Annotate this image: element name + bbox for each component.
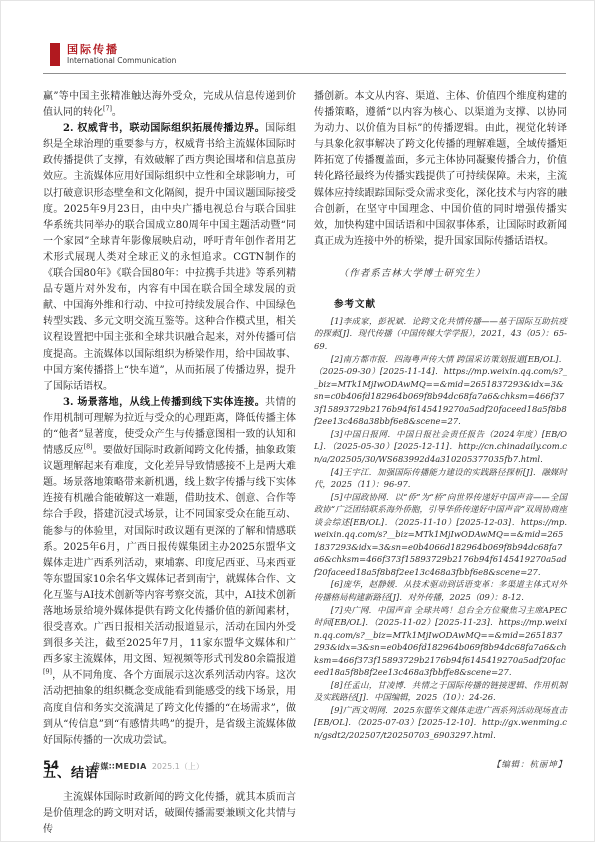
right-column: 播创新。本文从内容、渠道、主体、价值四个维度构建的传播策略，遵循“以内容为核心、…: [314, 89, 567, 838]
section-title-en: International Communication: [67, 56, 176, 65]
reference-item: [2]南方都市报．四海粤声传大情 跨国采访策划报道[EB/OL]．（2025-0…: [314, 353, 567, 428]
reference-item: [8]任孟山，甘凌博．共情之于国际传播的链接逻辑、作用机制及实践路径[J]．中国…: [314, 679, 567, 704]
paragraph-lead: 2. 权威背书，联动国际组织拓展传播边界。: [63, 123, 265, 134]
page-number: 54: [43, 758, 59, 772]
paragraph-point-2: 2. 权威背书，联动国际组织拓展传播边界。国际组织是全球治理的重要参与方，权威背…: [43, 121, 296, 395]
citation-superscript: [8]: [84, 444, 93, 451]
article-body: 赢”等中国主张精准触达海外受众，完成从信息传递到价值认同的转化[7]。 2. 权…: [43, 89, 567, 838]
reference-item: [1]李成家，彭祝斌．论跨文化共情传播——基于国际互助抗疫的探索[J]．现代传播…: [314, 315, 567, 353]
section-accent-bar: [50, 43, 60, 66]
paragraph-text: 。: [112, 107, 122, 118]
page-footer: 54 传媒∷MEDIA 2025.1（上）: [43, 758, 566, 772]
paragraph-text: ，从不同角度、各个方面展示这次系列活动内容。这次活动把抽象的组织概念变成能看到能…: [43, 670, 296, 745]
reference-item: [4]王宇江．加强国际传播能力建设的实践路径探析[J]．融媒时代，2025（11…: [314, 466, 567, 491]
conclusion-paragraph: 主流媒体国际时政新闻的跨文化传播，就其本质而言是价值理念的跨文明对话，破圈传播需…: [43, 790, 296, 838]
reference-item: [3]中国日报网．中国日报社会责任报告（2024年度）[EB/OL]．（2025…: [314, 428, 567, 466]
citation-superscript: [9]: [43, 669, 52, 676]
reference-item: [9]广西文明网．2025东盟华文媒体走进广西系列活动现场直击[EB/OL]．（…: [314, 704, 567, 742]
paragraph-text: 国际组织是全球治理的重要参与方，权威背书给主流媒体国际时政传播提供了支撑，有效破…: [43, 123, 296, 392]
paragraph-lead: 3. 场景落地，从线上传播到线下实体连接。: [63, 397, 265, 408]
reference-item: [5]中国政协网．以“侨”为“桥”向世界传递好中国声音——全国政协“广泛团结联系…: [314, 491, 567, 579]
issue-label: 2025.1（上）: [152, 761, 204, 772]
author-note: （作者系吉林大学博士研究生）: [314, 265, 567, 279]
references-heading: 参考文献: [314, 296, 567, 310]
paragraph-point-3: 3. 场景落地，从线上传播到线下实体连接。共情的作用机制可理解为拉近与受众的心理…: [43, 395, 296, 749]
paragraph-continued: 播创新。本文从内容、渠道、主体、价值四个维度构建的传播策略，遵循“以内容为核心、…: [314, 89, 567, 250]
reference-item: [6]庞华，赵静媛．从技术驱动到话语变革：多渠道主体式对外传播格局构建新路径[J…: [314, 578, 567, 603]
citation-superscript: [7]: [103, 106, 112, 113]
paragraph-text: 赢”等中国主张精准触达海外受众，完成从信息传递到价值认同的转化: [43, 91, 296, 118]
reference-item: [7]央广网．中国声音 全球共鸣！总台全方位聚焦习主席APEC时间[EB/OL]…: [314, 604, 567, 679]
paragraph-text: 。要做好国际时政新闻跨文化传播，抽象政策议题理解起来有难度，文化差异导致情感接不…: [43, 445, 296, 665]
left-column: 赢”等中国主张精准触达海外受众，完成从信息传递到价值认同的转化[7]。 2. 权…: [43, 89, 296, 838]
header-rule: [43, 73, 566, 74]
section-title-cn: 国际传播: [67, 41, 119, 57]
paragraph-continued: 赢”等中国主张精准触达海外受众，完成从信息传递到价值认同的转化[7]。: [43, 89, 296, 121]
journal-page: 国际传播 International Communication 赢”等中国主张…: [0, 0, 595, 842]
journal-name: 传媒∷MEDIA: [92, 761, 147, 772]
